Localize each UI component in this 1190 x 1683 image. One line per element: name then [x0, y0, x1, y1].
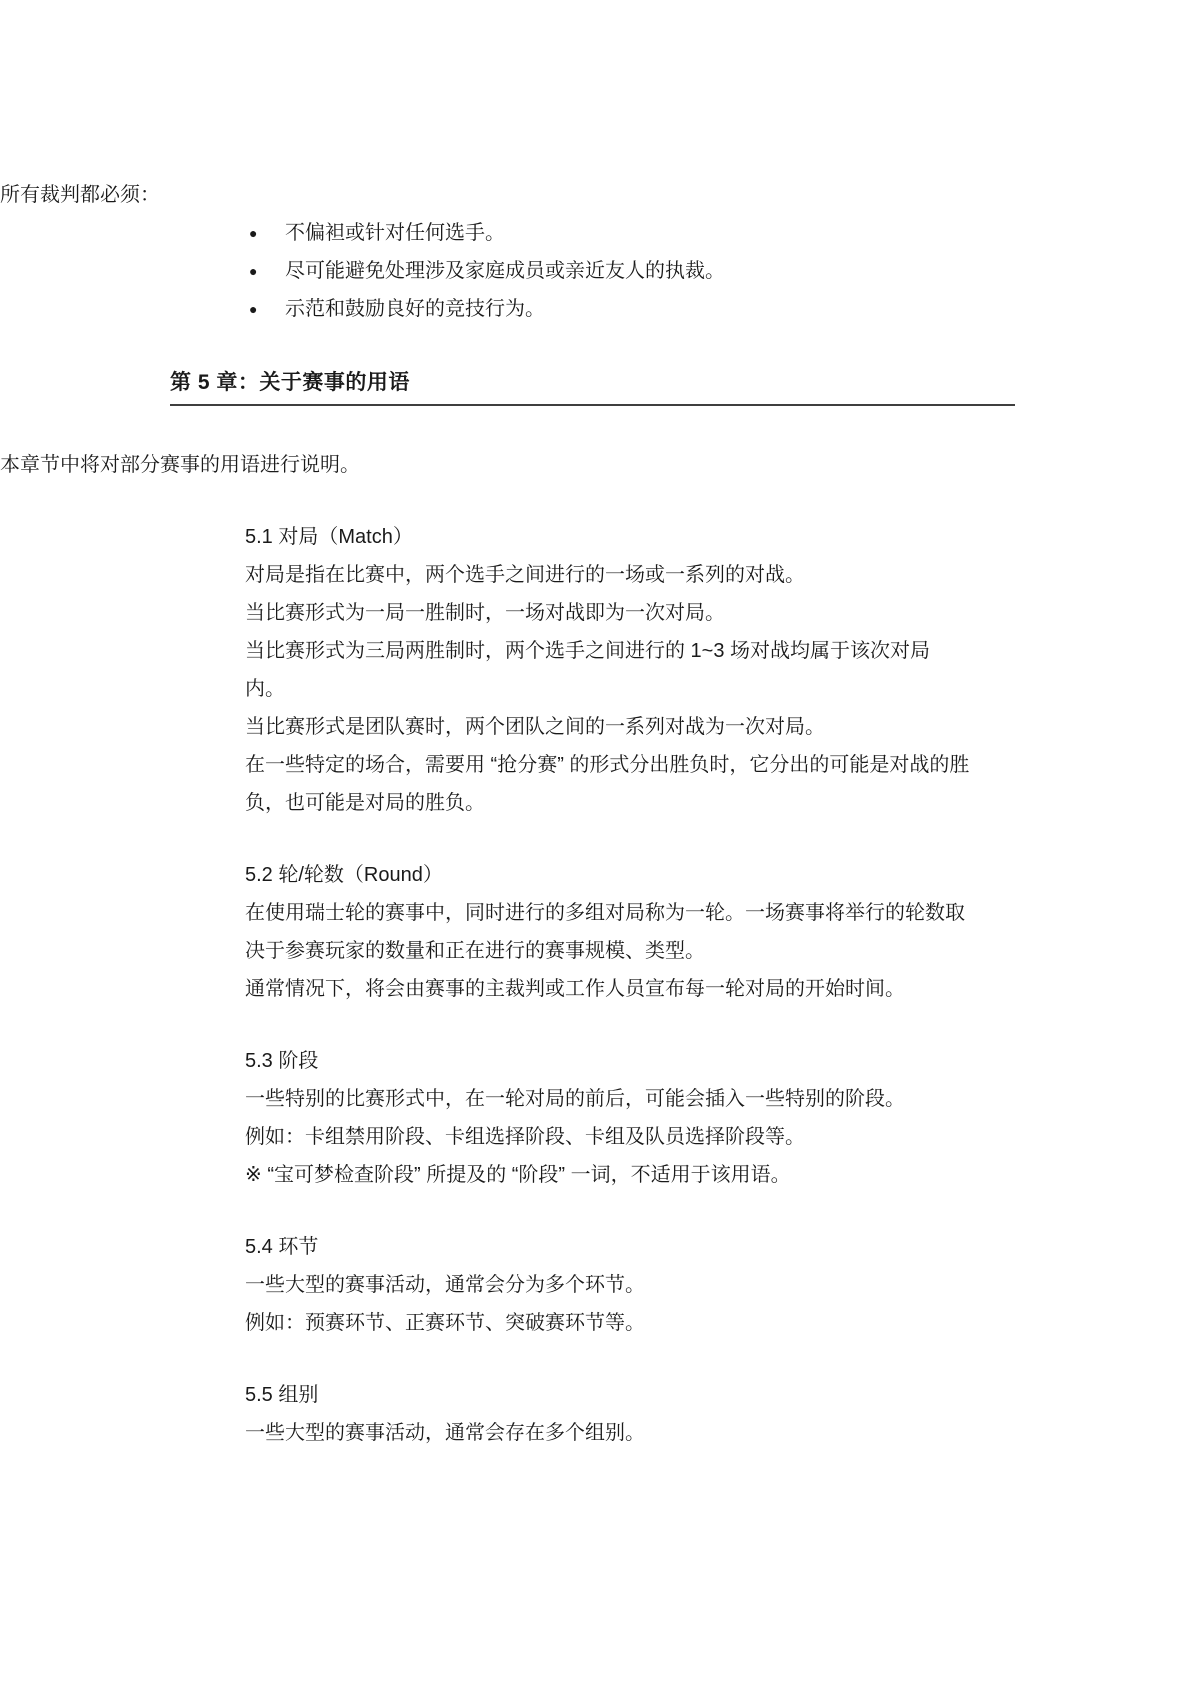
section-paragraph: 一些特别的比赛形式中，在一轮对局的前后，可能会插入一些特别的阶段。 — [245, 1080, 970, 1118]
section-5-3: 5.3 阶段 一些特别的比赛形式中，在一轮对局的前后，可能会插入一些特别的阶段。… — [245, 1042, 970, 1194]
section-5-2: 5.2 轮/轮数（Round） 在使用瑞士轮的赛事中，同时进行的多组对局称为一轮… — [245, 856, 970, 1008]
section-paragraph: 在一些特定的场合，需要用 “抢分赛” 的形式分出胜负时，它分出的可能是对战的胜负… — [245, 746, 970, 822]
bullet-item: ● 示范和鼓励良好的竞技行为。 — [245, 290, 970, 328]
bullet-item: ● 尽可能避免处理涉及家庭成员或亲近友人的执裁。 — [245, 252, 970, 290]
section-paragraph: 一些大型的赛事活动，通常会存在多个组别。 — [245, 1414, 970, 1452]
section-paragraph: 对局是指在比赛中，两个选手之间进行的一场或一系列的对战。 — [245, 556, 970, 594]
section-paragraph: ※ “宝可梦检查阶段” 所提及的 “阶段” 一词，不适用于该用语。 — [245, 1156, 970, 1194]
bullet-icon: ● — [245, 290, 285, 328]
section-paragraph: 当比赛形式为一局一胜制时，一场对战即为一次对局。 — [245, 594, 970, 632]
section-paragraph: 通常情况下，将会由赛事的主裁判或工作人员宣布每一轮对局的开始时间。 — [245, 970, 970, 1008]
chapter-heading: 第 5 章：关于赛事的用语 — [170, 370, 1015, 406]
section-5-4: 5.4 环节 一些大型的赛事活动，通常会分为多个环节。 例如：预赛环节、正赛环节… — [245, 1228, 970, 1342]
section-paragraph: 例如：预赛环节、正赛环节、突破赛环节等。 — [245, 1304, 970, 1342]
chapter-intro-text: 本章节中将对部分赛事的用语进行说明。 — [0, 446, 725, 484]
section-5-5: 5.5 组别 一些大型的赛事活动，通常会存在多个组别。 — [245, 1376, 970, 1452]
bullet-item-label: 不偏袒或针对任何选手。 — [285, 214, 505, 252]
bullet-icon: ● — [245, 214, 285, 252]
bullet-icon: ● — [245, 252, 285, 290]
section-paragraph: 当比赛形式是团队赛时，两个团队之间的一系列对战为一次对局。 — [245, 708, 970, 746]
section-heading: 5.3 阶段 — [245, 1042, 970, 1080]
section-heading: 5.4 环节 — [245, 1228, 970, 1266]
judge-requirements-lead: 所有裁判都必须： — [0, 176, 725, 214]
document-page: 所有裁判都必须： ● 不偏袒或针对任何选手。 ● 尽可能避免处理涉及家庭成员或亲… — [0, 0, 1190, 1683]
bullet-item-label: 尽可能避免处理涉及家庭成员或亲近友人的执裁。 — [285, 252, 725, 290]
section-paragraph: 例如：卡组禁用阶段、卡组选择阶段、卡组及队员选择阶段等。 — [245, 1118, 970, 1156]
section-heading: 5.1 对局（Match） — [245, 518, 970, 556]
chapter-heading-label: 第 5 章：关于赛事的用语 — [170, 371, 410, 394]
section-5-1: 5.1 对局（Match） 对局是指在比赛中，两个选手之间进行的一场或一系列的对… — [245, 518, 970, 822]
section-heading: 5.2 轮/轮数（Round） — [245, 856, 970, 894]
bullet-item-label: 示范和鼓励良好的竞技行为。 — [285, 290, 545, 328]
section-heading: 5.5 组别 — [245, 1376, 970, 1414]
section-paragraph: 一些大型的赛事活动，通常会分为多个环节。 — [245, 1266, 970, 1304]
section-paragraph: 在使用瑞士轮的赛事中，同时进行的多组对局称为一轮。一场赛事将举行的轮数取决于参赛… — [245, 894, 970, 970]
bullet-item: ● 不偏袒或针对任何选手。 — [245, 214, 970, 252]
section-paragraph: 当比赛形式为三局两胜制时，两个选手之间进行的 1~3 场对战均属于该次对局内。 — [245, 632, 970, 708]
